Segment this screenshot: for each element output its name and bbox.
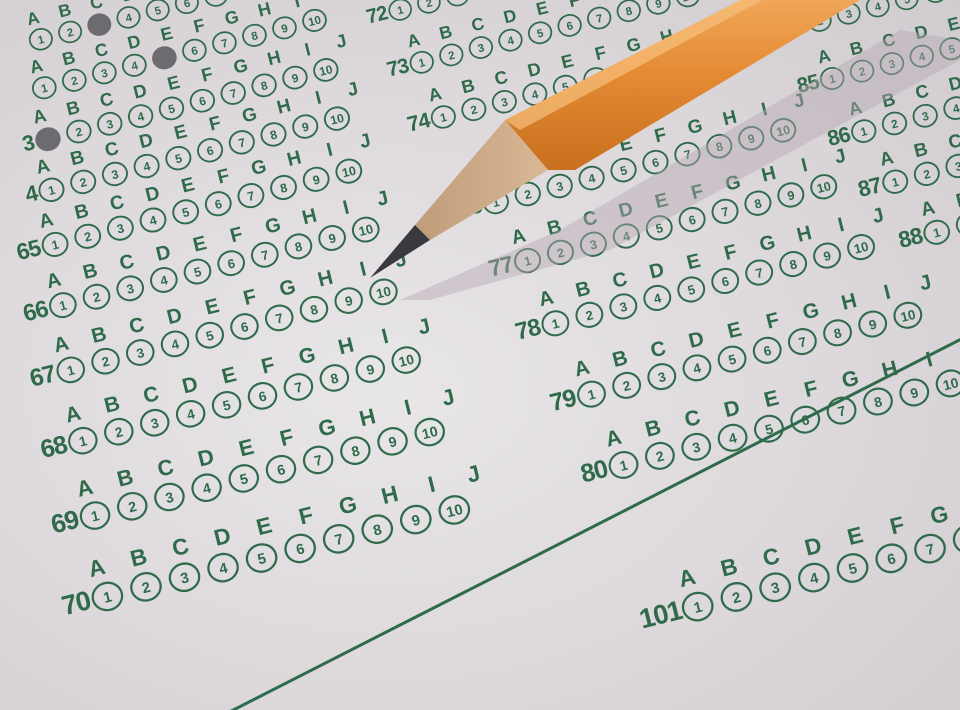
answer-bubble: 1 [849, 117, 879, 146]
answer-bubble: 7 [911, 530, 949, 566]
answer-bubble: 1 [539, 307, 572, 339]
answer-bubble: 3 [114, 272, 147, 304]
answer-bubble: 7 [262, 302, 296, 335]
answer-bubble: 10 [349, 214, 382, 246]
answer-bubble: 5 [675, 273, 708, 305]
answer-bubble: 1 [574, 378, 609, 411]
answer-bubble: 5 [937, 35, 960, 63]
answer-bubble: 1 [428, 103, 458, 132]
answer-bubble: 2 [415, 0, 443, 16]
answer-bubble: 5 [225, 461, 262, 496]
answer-bubble: 2 [127, 569, 165, 605]
answer-bubble: 1 [46, 289, 79, 321]
answer-bubble: 5 [834, 550, 872, 586]
answer-bubble: 6 [555, 12, 584, 40]
answer-bubble: 9 [775, 179, 807, 210]
answer-bubble: 8 [297, 293, 331, 326]
answer-bubble: 5 [143, 0, 172, 24]
answer-bubble: 5 [525, 19, 554, 47]
answer-bubble: 4 [795, 559, 833, 595]
answer-bubble: 9 [316, 222, 349, 254]
answer-bubble: 9 [300, 164, 332, 195]
answer-bubble: 3 [834, 0, 863, 27]
answer-bubble: 8 [282, 231, 315, 263]
answer-bubble: 1 [606, 448, 642, 482]
answer-bubble: 2 [80, 281, 113, 313]
answer-bubble: 10 [411, 415, 448, 450]
answer-bubble: 4 [173, 397, 208, 431]
answer-bubble: 7 [785, 325, 820, 358]
answer-bubble: 6 [202, 188, 234, 219]
answer-bubble: 6 [708, 265, 741, 297]
answer-bubble: 1 [679, 588, 717, 624]
answer-bubble: 6 [263, 452, 300, 487]
answer-bubble: 7 [248, 239, 281, 271]
answer-bubble: 8 [820, 316, 855, 349]
answer-bubble: 4 [137, 205, 169, 236]
answer-bubble: 6 [872, 540, 910, 576]
answer-bubble: 1 [776, 14, 805, 41]
answer-bubble: 8 [249, 71, 279, 100]
choice-letter: E [935, 11, 960, 39]
answer-sheet: ABCDEFGHIJ12345678910ABCDEFGHIJ123456789… [0, 0, 960, 710]
answer-bubble: 2 [911, 159, 942, 189]
answer-bubble: 1 [36, 175, 67, 205]
question-number [0, 91, 31, 99]
answer-bubble: 1 [386, 0, 414, 23]
answer-bubble: 7 [218, 78, 248, 107]
answer-bubble: 6 [676, 204, 708, 235]
answer-bubble: 1 [88, 578, 126, 614]
answer-bubble: 10 [389, 343, 424, 377]
answer-bubble: 3 [99, 159, 130, 189]
answer-bubble: 6 [173, 0, 202, 17]
answer-bubble: 5 [643, 212, 675, 243]
answer-bubble: 4 [158, 328, 192, 361]
answer-bubble: 10 [933, 366, 960, 400]
answer-bubble: 3 [756, 569, 794, 605]
answer-bubble: 5 [608, 155, 639, 185]
answer-bubble: 3 [137, 406, 172, 440]
question-row: ABCDEFGHIJ10112345678910 [630, 467, 960, 636]
answer-bubble: 10 [844, 231, 877, 263]
answer-bubble: 4 [576, 163, 607, 193]
answer-bubble: 2 [459, 95, 489, 124]
answer-bubble: 9 [855, 307, 890, 340]
answer-bubble: 2 [101, 415, 136, 449]
answer-bubble: 3 [544, 171, 575, 201]
answer-bubble: 7 [235, 180, 267, 211]
answer-bubble: 6 [281, 530, 319, 566]
answer-bubble: 5 [243, 540, 281, 576]
answer-bubble: 9 [332, 284, 366, 317]
answer-bubble: 8 [317, 361, 352, 395]
answer-bubble: 3 [466, 34, 495, 62]
answer-bubble: 3 [607, 290, 640, 322]
answer-bubble: 4 [520, 80, 550, 109]
answer-bubble: 9 [280, 63, 310, 92]
answer-bubble: 2 [512, 179, 543, 209]
answer-bubble: 2 [72, 221, 104, 252]
answer-bubble: 8 [742, 188, 774, 219]
answer-bubble: 10 [673, 0, 702, 10]
answer-bubble: 7 [202, 0, 231, 9]
answer-bubble: 3 [644, 360, 679, 393]
answer-bubble: 3 [678, 430, 714, 464]
answer-bubble: 2 [642, 439, 678, 473]
answer-bubble: 9 [672, 42, 702, 71]
answer-bubble: 9 [397, 501, 435, 537]
answer-bubble: 5 [209, 388, 244, 422]
answer-bubble: 10 [366, 276, 400, 309]
answer-bubble: 5 [181, 256, 214, 288]
answer-bubble: 2 [114, 489, 151, 524]
answer-bubble: 3 [910, 101, 940, 130]
answer-bubble: 2 [879, 109, 909, 138]
answer-bubble: 9 [810, 240, 843, 272]
answer-bubble: 3 [577, 229, 609, 260]
answer-bubble: 2 [437, 41, 466, 69]
answer-bubble: 6 [194, 135, 225, 165]
answer-bubble: 4 [863, 0, 892, 20]
answer-bubble: 8 [614, 0, 643, 25]
answer-bubble: 3 [166, 559, 204, 595]
answer-bubble: 8 [267, 172, 299, 203]
answer-bubble: 7 [300, 442, 337, 477]
answer-bubble: 3 [443, 0, 471, 9]
answer-bubble: 7 [226, 127, 257, 157]
answer-bubble: 6 [187, 86, 217, 115]
answer-bubble: 9 [896, 375, 932, 409]
answer-bubble: 3 [877, 50, 906, 78]
answer-bubble: 6 [581, 65, 611, 94]
answer-bubble: 2 [717, 579, 755, 615]
answer-bubble: 2 [88, 345, 122, 378]
answer-bubble: 1 [39, 229, 71, 260]
answer-bubble: 1 [921, 217, 953, 248]
answer-bubble: 2 [68, 167, 99, 197]
answer-bubble: 4 [610, 220, 642, 251]
answer-bubble: 5 [715, 343, 750, 376]
answer-bubble: 5 [193, 319, 227, 352]
answer-bubble: 1 [33, 125, 63, 154]
answer-bubble: 10 [703, 34, 733, 63]
answer-bubble: 7 [672, 139, 703, 169]
answer-bubble: 7 [709, 196, 741, 227]
answer-bubble: 3 [489, 87, 519, 116]
answer-bubble: 7 [611, 57, 641, 86]
answer-bubble: 4 [204, 549, 242, 585]
answer-bubble: 8 [704, 131, 735, 161]
answer-bubble: 5 [892, 0, 921, 13]
answer-bubble: 4 [147, 264, 180, 296]
answer-bubble: 3 [123, 336, 157, 369]
answer-bubble: 8 [642, 49, 672, 78]
answer-bubble: 6 [921, 0, 950, 5]
answer-bubble: 5 [163, 143, 194, 173]
answer-bubble: 10 [767, 115, 798, 145]
answer-bubble: 4 [472, 0, 500, 2]
question-number [0, 43, 28, 50]
answer-bubble: 10 [333, 156, 365, 187]
answer-bubble: 5 [550, 72, 580, 101]
choice-letter: C [936, 128, 960, 157]
answer-bubble: 7 [281, 370, 316, 404]
answer-bubble: 1 [407, 48, 436, 76]
answer-bubble: 10 [808, 171, 840, 202]
answer-bubble: 1 [818, 64, 847, 92]
answer-bubble: 8 [776, 248, 809, 280]
answer-bubble: 1 [54, 353, 88, 386]
answer-bubble: 4 [125, 102, 155, 131]
answer-bubble: 10 [891, 299, 926, 332]
answer-bubble: 6 [640, 147, 671, 177]
answer-bubble: 1 [480, 187, 511, 217]
answer-bubble: 4 [641, 282, 674, 314]
answer-bubble: 6 [245, 379, 280, 413]
answer-bubble: 1 [511, 245, 543, 276]
answer-bubble: 2 [609, 369, 644, 402]
answer-bubble: 10 [435, 492, 473, 528]
answer-bubble: 6 [227, 310, 261, 343]
answer-bubble: 3 [151, 479, 188, 514]
answer-bubble: 6 [215, 247, 248, 279]
answer-bubble: 7 [320, 521, 358, 557]
answer-bubble: 4 [188, 470, 225, 505]
answer-bubble: 5 [170, 196, 202, 227]
question-rows: ABCDEFGHIJ12345678910ABCDEFGHIJ123456789… [0, 0, 960, 710]
answer-bubble: 10 [311, 55, 341, 84]
answer-bubble: 9 [353, 352, 388, 386]
answer-bubble: 1 [65, 424, 100, 458]
answer-bubble: 1 [77, 498, 114, 533]
answer-bubble: 9 [735, 123, 766, 153]
answer-bubble: 3 [95, 109, 125, 138]
answer-bubble: 7 [742, 257, 775, 289]
answer-bubble: 9 [290, 112, 321, 142]
answer-bubble: 8 [337, 433, 374, 468]
answer-bubble: 4 [680, 351, 715, 384]
answer-bubble: 2 [805, 7, 834, 34]
answer-bubble: 2 [64, 117, 94, 146]
answer-bubble: 2 [847, 57, 876, 85]
answer-bubble: 4 [496, 26, 525, 54]
answer-bubble: 8 [358, 511, 396, 547]
answer-bubble: 6 [750, 334, 785, 367]
answer-bubble: 4 [907, 42, 936, 70]
answer-bubble: 9 [374, 424, 411, 459]
answer-bubble: 10 [321, 104, 352, 134]
answer-bubble: 2 [544, 237, 576, 268]
choice-letter: D [936, 70, 960, 99]
answer-bubble: 1 [880, 167, 911, 197]
answer-bubble: 5 [156, 94, 186, 123]
answer-bubble: 7 [585, 4, 614, 32]
answer-bubble: 8 [258, 119, 289, 149]
answer-bubble: 3 [104, 213, 136, 244]
answer-bubble: 9 [644, 0, 673, 17]
answer-bubble: 4 [131, 151, 162, 181]
answer-bubble: 2 [573, 299, 606, 331]
